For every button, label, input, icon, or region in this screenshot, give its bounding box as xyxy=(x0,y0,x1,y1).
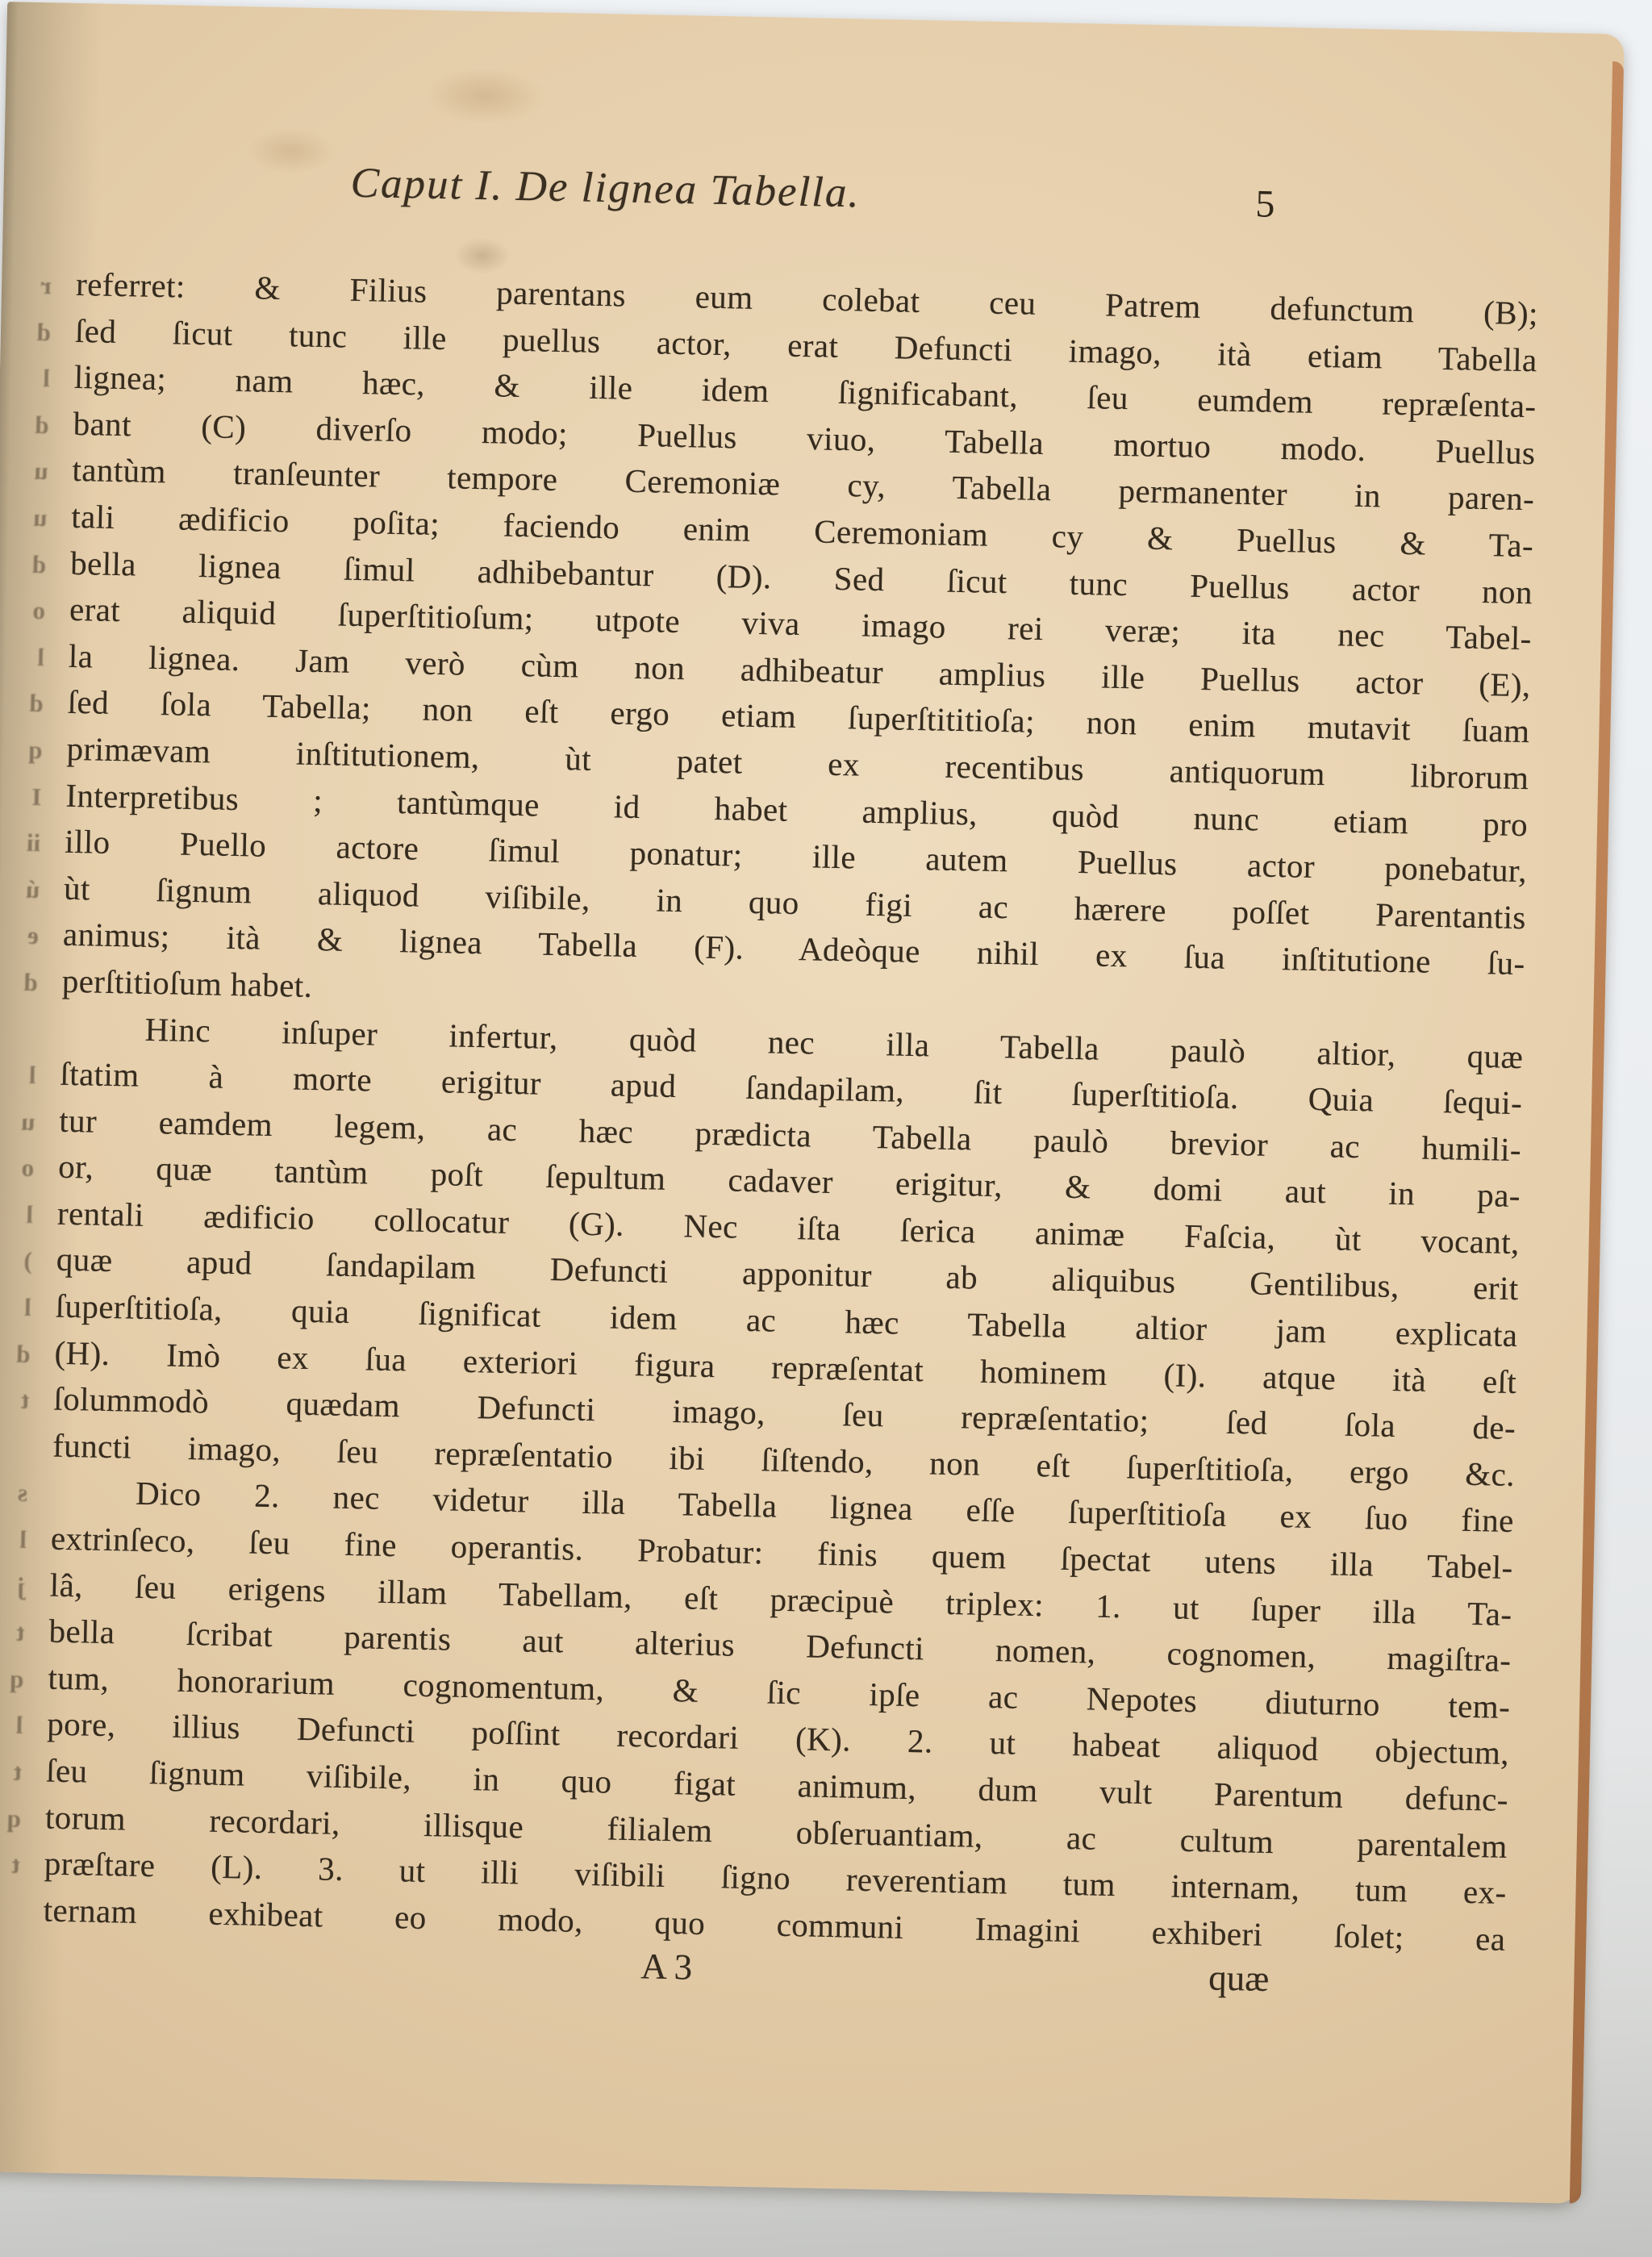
bleedthrough-glyph: l xyxy=(10,355,50,403)
bleedthrough-glyph: l xyxy=(0,1516,27,1563)
bleedthrough-glyph: ) xyxy=(0,1237,32,1285)
bleedthrough-glyph: e xyxy=(0,912,40,960)
bleedthrough-glyph: l xyxy=(0,1701,23,1749)
bleedthrough-glyph xyxy=(0,1888,19,1935)
bleedthrough-glyph: t xyxy=(0,1748,23,1796)
bleedthrough-glyph: o xyxy=(6,586,45,634)
bleedthrough-glyph: u xyxy=(9,448,48,495)
bleedthrough-glyph: d xyxy=(10,401,49,448)
bleedthrough-glyph: d xyxy=(4,680,44,728)
bleedthrough-glyph: l xyxy=(5,633,44,681)
bleedthrough-glyph xyxy=(0,1423,29,1471)
running-header: Caput I. De lignea Tabella. 5 xyxy=(77,153,1541,277)
bleedthrough-glyph: l xyxy=(0,1283,31,1331)
bleedthrough-glyph: r xyxy=(13,261,52,309)
bleedthrough-glyph: o xyxy=(0,1144,35,1191)
signature-mark: A 3 xyxy=(640,1946,693,1988)
bleedthrough-glyph: t xyxy=(0,1376,30,1424)
bleedthrough-glyph: q xyxy=(0,1655,24,1703)
bleedthrough-glyph: l xyxy=(0,1051,36,1099)
chapter-title: Caput I. De lignea Tabella. xyxy=(350,159,861,218)
paper-stain xyxy=(424,67,546,126)
bleedthrough-glyph: q xyxy=(0,1795,22,1842)
bleedthrough-glyph: d xyxy=(0,1330,31,1378)
bleedthrough-glyph: I xyxy=(2,773,42,820)
bleedthrough-glyph: s xyxy=(0,1470,28,1517)
catchword: quæ xyxy=(1208,1957,1270,2000)
bleedthrough-glyph: ú xyxy=(1,866,40,913)
page-number: 5 xyxy=(1255,181,1275,226)
page-fore-edge xyxy=(1570,61,1624,2204)
bleedthrough-glyph: q xyxy=(3,726,43,774)
body-text: referret: & Filius parentans eum colebat… xyxy=(43,261,1538,1963)
bleedthrough-glyph: j xyxy=(0,1562,26,1610)
bleedthrough-glyph: ii xyxy=(2,819,41,866)
bleedthrough-glyph: l xyxy=(0,1191,34,1238)
bleedthrough-glyph: u xyxy=(0,1098,35,1145)
scan-background: rdlduudoldqIiiúedluol)ldtsljtqltqt Caput… xyxy=(0,0,1652,2257)
bleedthrough-glyph: d xyxy=(0,958,38,1006)
bleedthrough-glyph: t xyxy=(0,1608,25,1656)
bleedthrough-glyph: u xyxy=(8,494,48,541)
bleedthrough-glyph: d xyxy=(7,540,47,588)
bleedthrough-glyph: d xyxy=(11,308,51,356)
bleedthrough-glyph: t xyxy=(0,1841,20,1888)
page-content: Caput I. De lignea Tabella. 5 referret: … xyxy=(42,153,1541,2005)
book-page: rdlduudoldqIiiúedluol)ldtsljtqltqt Caput… xyxy=(0,2,1625,2204)
bleedthrough-glyph xyxy=(0,1005,37,1053)
